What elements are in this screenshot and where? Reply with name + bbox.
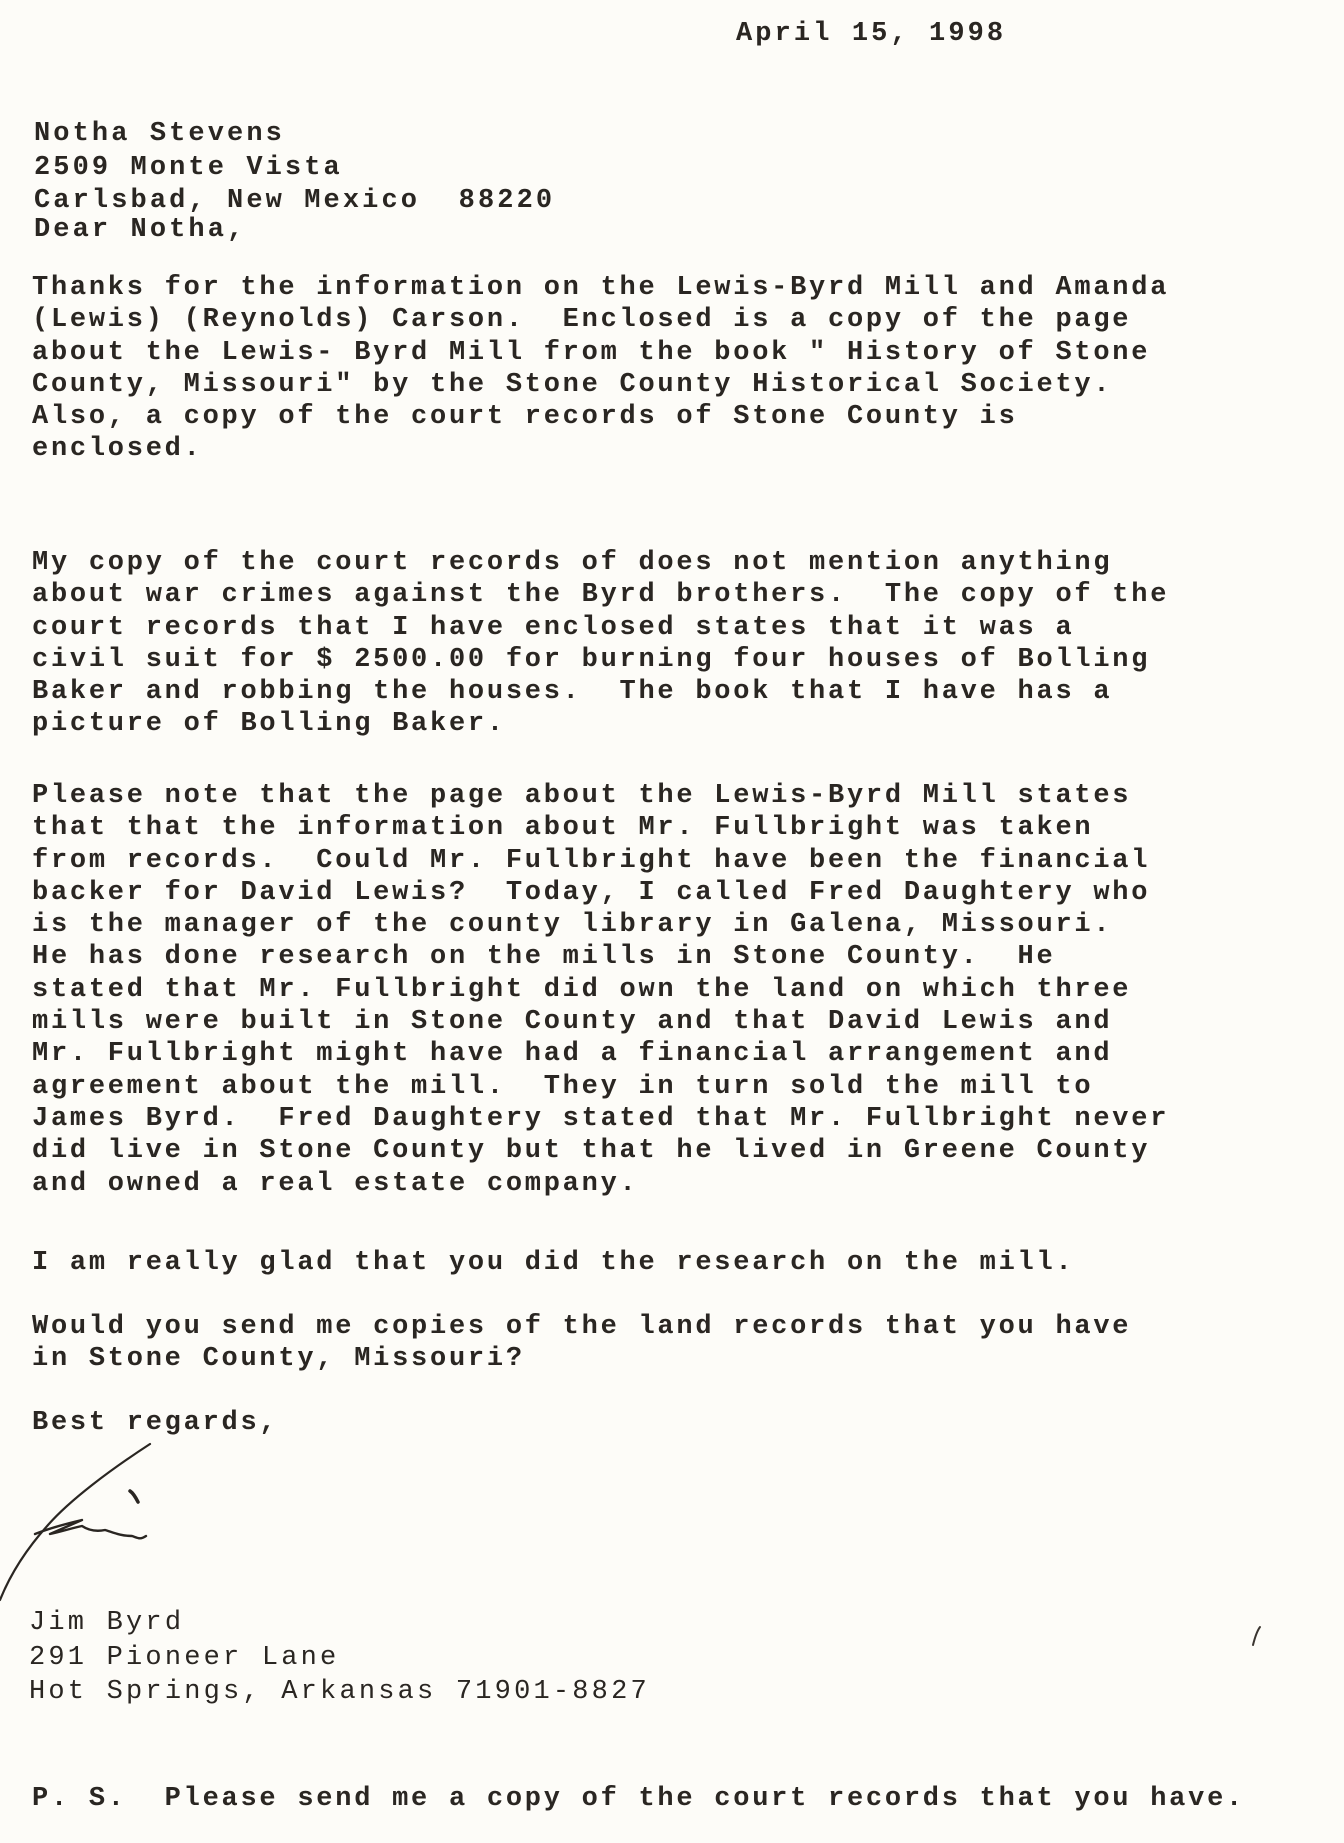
paragraph-5: Would you send me copies of the land rec…: [32, 1311, 1131, 1376]
recipient-address: Notha Stevens 2509 Monte Vista Carlsbad,…: [34, 118, 555, 219]
paragraph-line: (Lewis) (Reynolds) Carson. Enclosed is a…: [32, 304, 1169, 336]
pen-mark-icon: [1250, 1625, 1264, 1649]
paragraph-line: that that the information about Mr. Full…: [32, 812, 1169, 844]
recipient-name: Notha Stevens: [34, 118, 555, 152]
paragraph-line: did live in Stone County but that he liv…: [32, 1135, 1169, 1167]
paragraph-1: Thanks for the information on the Lewis-…: [32, 272, 1169, 466]
paragraph-line: stated that Mr. Fullbright did own the l…: [32, 974, 1169, 1006]
paragraph-line: in Stone County, Missouri?: [32, 1343, 1131, 1375]
paragraph-line: picture of Bolling Baker.: [32, 708, 1169, 740]
paragraph-line: James Byrd. Fred Daughtery stated that M…: [32, 1103, 1169, 1135]
paragraph-line: He has done research on the mills in Sto…: [32, 941, 1169, 973]
recipient-street: 2509 Monte Vista: [34, 152, 555, 186]
paragraph-line: Would you send me copies of the land rec…: [32, 1311, 1131, 1343]
paragraph-line: is the manager of the county library in …: [32, 909, 1169, 941]
paragraph-line: enclosed.: [32, 433, 1169, 465]
paragraph-line: court records that I have enclosed state…: [32, 612, 1169, 644]
salutation: Dear Notha,: [34, 214, 246, 246]
paragraph-line: about war crimes against the Byrd brothe…: [32, 579, 1169, 611]
paragraph-2: My copy of the court records of does not…: [32, 547, 1169, 741]
paragraph-line: County, Missouri" by the Stone County Hi…: [32, 369, 1169, 401]
paragraph-line: and owned a real estate company.: [32, 1168, 1169, 1200]
closing-text: Best regards,: [32, 1407, 278, 1439]
paragraph-line: Baker and robbing the houses. The book t…: [32, 676, 1169, 708]
paragraph-line: from records. Could Mr. Fullbright have …: [32, 845, 1169, 877]
closing: Best regards,: [32, 1407, 278, 1439]
paragraph-line: mills were built in Stone County and tha…: [32, 1006, 1169, 1038]
paragraph-line: backer for David Lewis? Today, I called …: [32, 877, 1169, 909]
paragraph-line: agreement about the mill. They in turn s…: [32, 1071, 1169, 1103]
handwritten-signature-icon: [0, 1440, 240, 1610]
sender-name: Jim Byrd: [29, 1606, 650, 1641]
paragraph-line: civil suit for $ 2500.00 for burning fou…: [32, 644, 1169, 676]
sender-address: Jim Byrd 291 Pioneer Lane Hot Springs, A…: [29, 1606, 650, 1710]
postscript: P. S. Please send me a copy of the court…: [32, 1783, 1245, 1815]
paragraph-line: Also, a copy of the court records of Sto…: [32, 401, 1169, 433]
paragraph-line: I am really glad that you did the resear…: [32, 1247, 1074, 1279]
paragraph-4: I am really glad that you did the resear…: [32, 1247, 1074, 1279]
paragraph-line: about the Lewis- Byrd Mill from the book…: [32, 337, 1169, 369]
paragraph-3: Please note that the page about the Lewi…: [32, 780, 1169, 1200]
paragraph-line: Thanks for the information on the Lewis-…: [32, 272, 1169, 304]
paragraph-line: Mr. Fullbright might have had a financia…: [32, 1038, 1169, 1070]
sender-street: 291 Pioneer Lane: [29, 1641, 650, 1676]
letter-date: April 15, 1998: [736, 18, 1006, 50]
paragraph-line: Please note that the page about the Lewi…: [32, 780, 1169, 812]
letter-page: April 15, 1998 Notha Stevens 2509 Monte …: [0, 0, 1344, 1843]
postscript-text: P. S. Please send me a copy of the court…: [32, 1783, 1245, 1815]
sender-city-state-zip: Hot Springs, Arkansas 71901-8827: [29, 1675, 650, 1710]
paragraph-line: My copy of the court records of does not…: [32, 547, 1169, 579]
